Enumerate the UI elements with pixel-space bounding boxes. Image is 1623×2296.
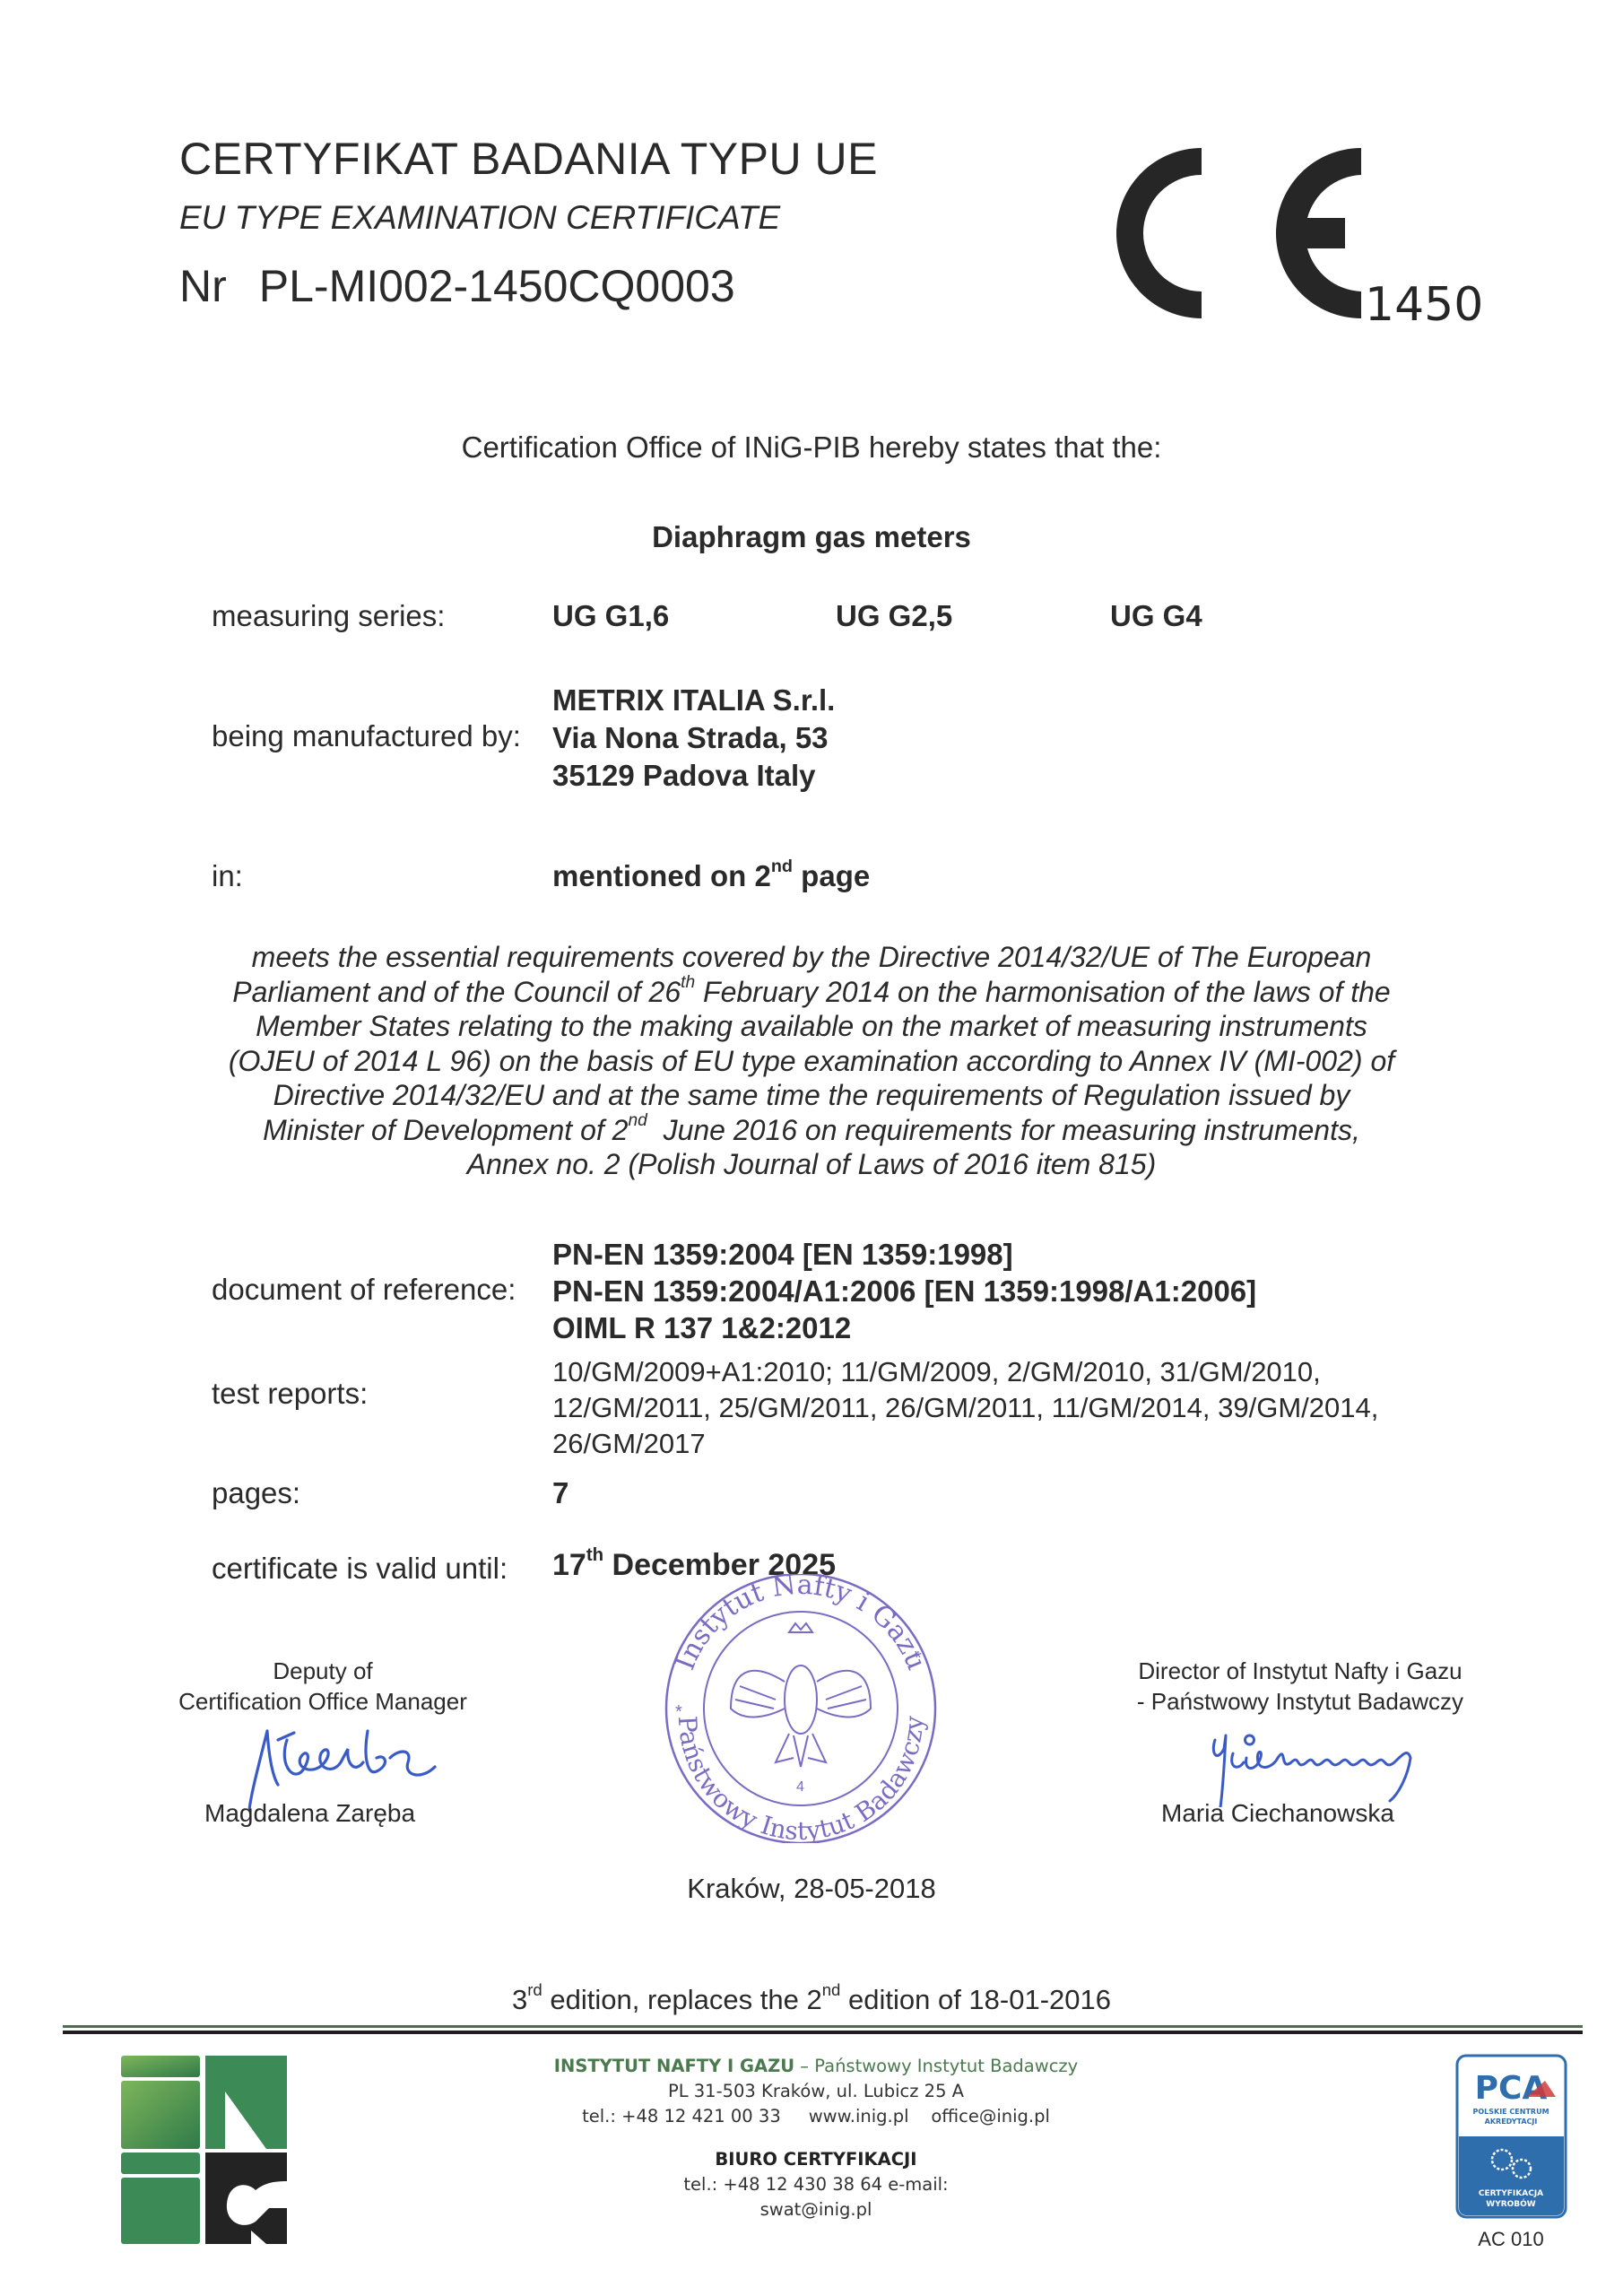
- svg-text:4: 4: [796, 1779, 804, 1795]
- reference-label: document of reference:: [212, 1273, 516, 1307]
- manufacturer-name: METRIX ITALIA S.r.l.: [552, 682, 835, 719]
- location-label: in:: [212, 859, 243, 893]
- signature-left-icon: [242, 1713, 448, 1812]
- edition-note: 3rd edition, replaces the 2nd edition of…: [0, 1984, 1623, 2016]
- certificate-number: NrPL-MI002-1450CQ0003: [179, 260, 735, 312]
- manufacturer-label: being manufactured by:: [212, 719, 521, 753]
- reference-item: OIML R 137 1&2:2012: [552, 1309, 1256, 1346]
- inig-logo-icon: [121, 2056, 287, 2244]
- institute-contact-block: INSTYTUT NAFTY I GAZU – Państwowy Instyt…: [502, 2054, 1130, 2222]
- notified-body-number: 1450: [1365, 278, 1483, 332]
- svg-text:*: *: [915, 1648, 922, 1668]
- series-value: UG G1,6: [552, 599, 669, 633]
- footer-divider: [63, 2025, 1583, 2028]
- reference-list: PN-EN 1359:2004 [EN 1359:1998] PN-EN 135…: [552, 1236, 1256, 1346]
- institute-name: INSTYTUT NAFTY I GAZU – Państwowy Instyt…: [502, 2054, 1130, 2079]
- svg-text:CERTYFIKACJA: CERTYFIKACJA: [1479, 2189, 1543, 2198]
- office-email: swat@inig.pl: [502, 2197, 1130, 2222]
- test-reports-label: test reports:: [212, 1377, 368, 1411]
- svg-text:PCA: PCA: [1475, 2070, 1548, 2107]
- svg-text:AKREDYTACJI: AKREDYTACJI: [1485, 2118, 1538, 2126]
- official-stamp-icon: Instytut Nafty i Gazu Państwowy Instytut…: [641, 1574, 959, 1843]
- series-value: UG G4: [1110, 599, 1202, 633]
- signatory-left-title: Deputy of Certification Office Manager: [143, 1656, 502, 1717]
- test-reports-list: 10/GM/2009+A1:2010; 11/GM/2009, 2/GM/201…: [552, 1354, 1494, 1462]
- measuring-series-label: measuring series:: [212, 599, 445, 633]
- series-value: UG G2,5: [836, 599, 952, 633]
- signature-right-icon: [1206, 1722, 1439, 1807]
- svg-text:*: *: [675, 1702, 682, 1722]
- pca-accreditation-badge-icon: PCA POLSKIE CENTRUM AKREDYTACJI CERTYFIK…: [1455, 2054, 1567, 2219]
- office-contact: tel.: +48 12 430 38 64 e-mail:: [502, 2172, 1130, 2197]
- certificate-title-polish: CERTYFIKAT BADANIA TYPU UE: [179, 133, 878, 185]
- product-name: Diaphragm gas meters: [0, 520, 1623, 554]
- svg-text:WYROBÓW: WYROBÓW: [1486, 2198, 1536, 2209]
- signatory-right-title: Director of Instytut Nafty i Gazu - Pańs…: [1121, 1656, 1480, 1717]
- number-label: Nr: [179, 261, 227, 311]
- pages-label: pages:: [212, 1476, 300, 1510]
- validity-label: certificate is valid until:: [212, 1552, 508, 1586]
- office-title: BIURO CERTYFIKACJI: [502, 2147, 1130, 2172]
- directive-statement: meets the essential requirements covered…: [188, 940, 1435, 1182]
- manufacturer-street: Via Nona Strada, 53: [552, 719, 835, 757]
- institute-address: PL 31-503 Kraków, ul. Lubicz 25 A: [502, 2079, 1130, 2104]
- institute-contact: tel.: +48 12 421 00 33 www.inig.pl offic…: [502, 2104, 1130, 2129]
- ce-mark-icon: 1450: [1076, 130, 1497, 336]
- reference-item: PN-EN 1359:2004 [EN 1359:1998]: [552, 1236, 1256, 1273]
- svg-text:POLSKIE CENTRUM: POLSKIE CENTRUM: [1472, 2108, 1549, 2116]
- signatory-right-name: Maria Ciechanowska: [1161, 1799, 1394, 1828]
- manufacturer-city: 35129 Padova Italy: [552, 757, 835, 795]
- number-value: PL-MI002-1450CQ0003: [259, 261, 735, 311]
- reference-item: PN-EN 1359:2004/A1:2006 [EN 1359:1998/A1…: [552, 1273, 1256, 1309]
- intro-statement: Certification Office of INiG-PIB hereby …: [0, 430, 1623, 465]
- footer-divider: [63, 2031, 1583, 2034]
- certificate-title-english: EU TYPE EXAMINATION CERTIFICATE: [179, 199, 780, 237]
- manufacturer-address: METRIX ITALIA S.r.l. Via Nona Strada, 53…: [552, 682, 835, 795]
- place-and-date: Kraków, 28-05-2018: [0, 1873, 1623, 1905]
- pages-value: 7: [552, 1476, 568, 1510]
- svg-text:Instytut Nafty i Gazu: Instytut Nafty i Gazu: [669, 1574, 932, 1674]
- accreditation-number: AC 010: [1435, 2228, 1587, 2251]
- signatory-left-name: Magdalena Zaręba: [204, 1799, 415, 1828]
- location-value: mentioned on 2nd page: [552, 859, 870, 893]
